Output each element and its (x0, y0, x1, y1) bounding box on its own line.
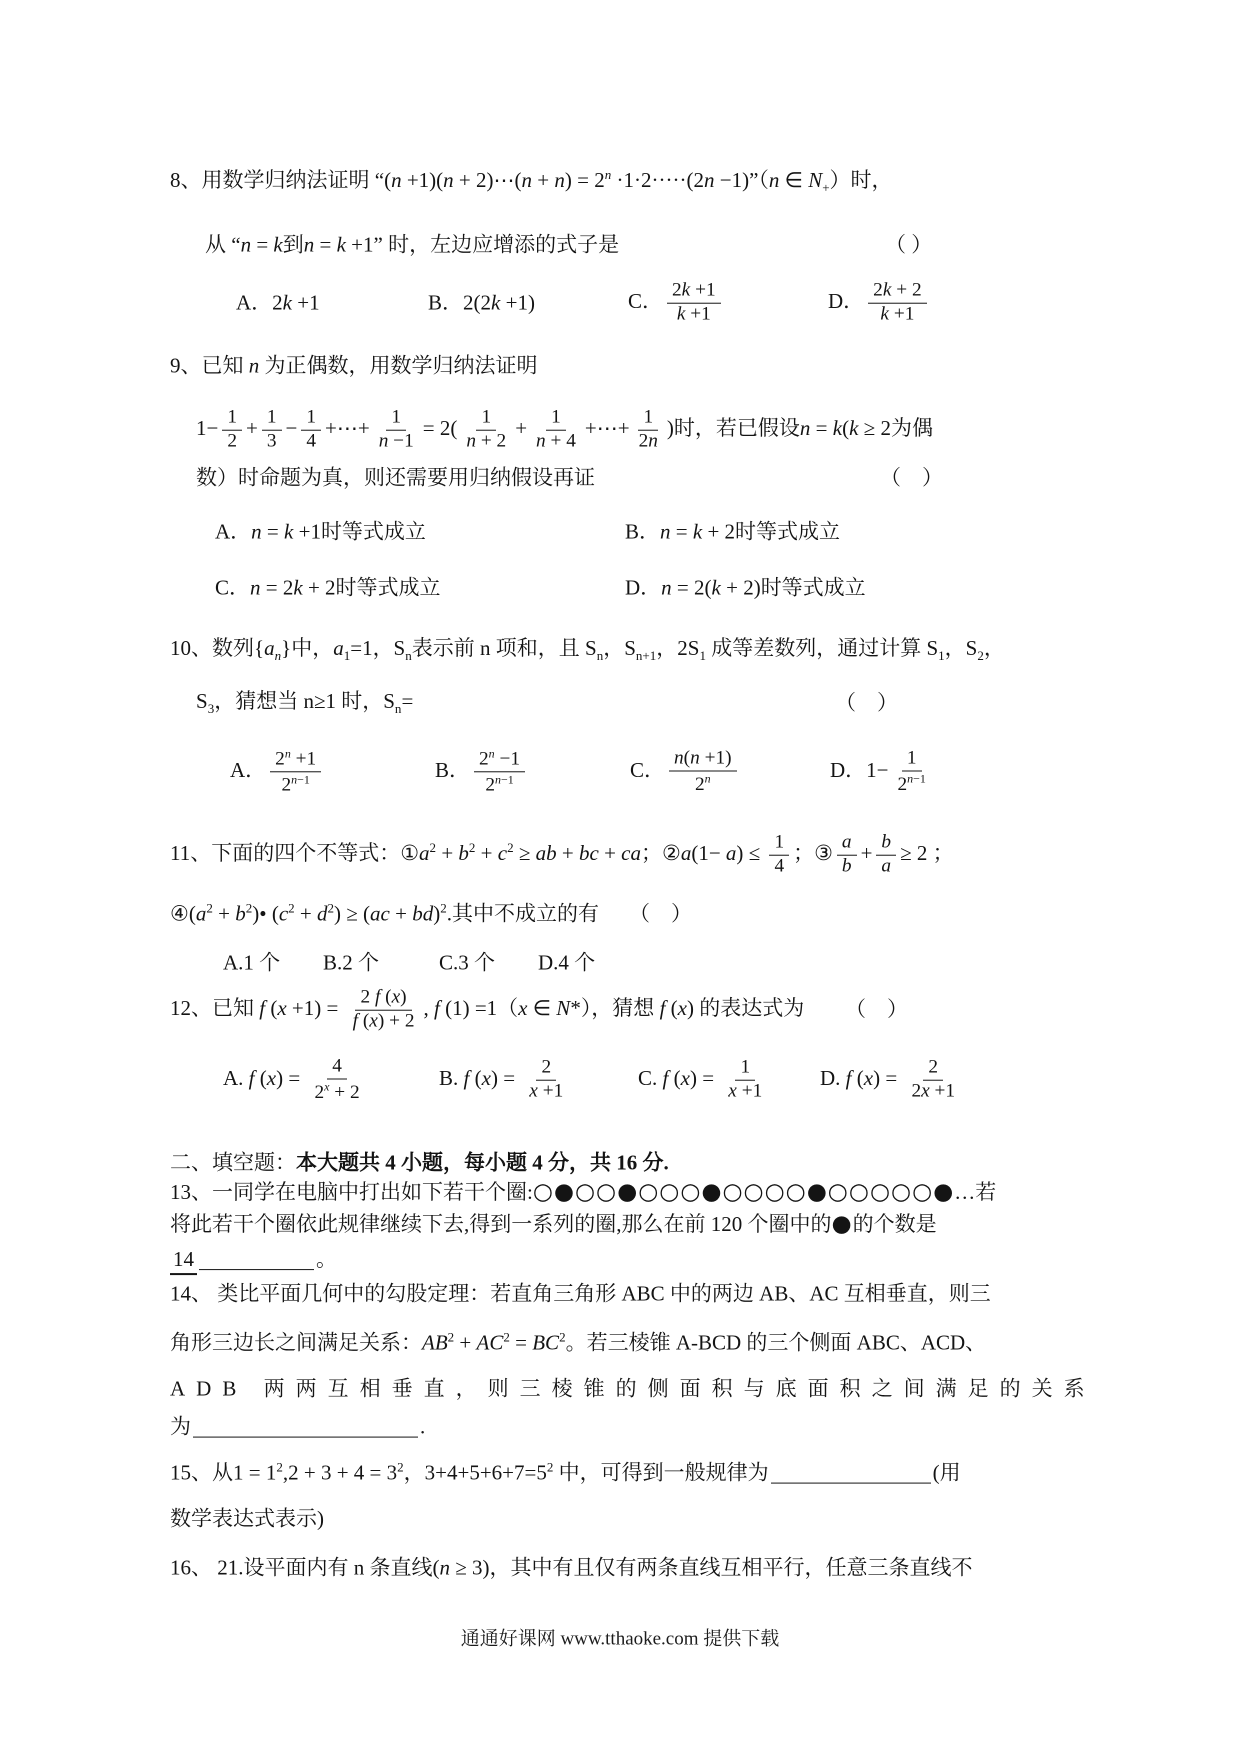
text-segment: 10、数列 (170, 636, 254, 660)
math-segment: = BC (510, 1330, 559, 1354)
text-segment: 中，可得到一般规律为 (553, 1460, 768, 1484)
text-run: （ ） (885, 231, 932, 258)
math-segment: 2k + 2 (873, 280, 921, 301)
math-segment: f (x) = (840, 1066, 902, 1090)
text-segment: C.3 个 (439, 950, 495, 974)
footer-text: 通通好课网 www.tthaoke.com 提供下载 (461, 1629, 780, 1650)
fraction-numerator: b (876, 832, 896, 856)
text-segment: 13、一同学在电脑中打出如下若干个圈: (170, 1180, 533, 1204)
math-segment: n (705, 771, 711, 785)
math-segment: + b (436, 841, 469, 865)
text-run: 8、用数学归纳法证明 “(n +1)(n + 2)⋯(n + n) = 2n ·… (170, 167, 893, 197)
text-run: C．n = 2k + 2时等式成立 (215, 574, 441, 601)
math-segment: 1 (267, 407, 277, 428)
fraction-denominator: 4 (769, 856, 789, 879)
fraction: ba (876, 832, 896, 879)
fraction-denominator: 2n−1 (480, 773, 518, 798)
text-segment: ， (984, 636, 1005, 660)
math-segment: , f (1) =1 (423, 996, 497, 1020)
text-segment: D． (828, 289, 864, 313)
math-segment: n = k + 2 (660, 519, 735, 543)
text-segment: ，3+4+5+6+7=5 (404, 1460, 547, 1484)
text-run: 1−12+13−14+⋯+1n −1= 2(1n + 2+1n + 4+⋯+12… (196, 407, 933, 454)
fraction-denominator: k +1 (672, 304, 716, 327)
text-segment: （ ） (885, 232, 932, 256)
math-segment: )• (c (252, 901, 288, 925)
fraction-denominator: n + 4 (531, 431, 581, 454)
fraction-denominator: x +1 (524, 1081, 568, 1104)
text-segment: 时等式成立 (735, 519, 840, 543)
text-segment: 从 “ (205, 232, 241, 256)
text-segment: ）时， (830, 168, 893, 192)
fraction-numerator: 1 (546, 407, 566, 431)
text-run: A．2n +12n−1 (230, 746, 325, 797)
math-segment: f (x) = (458, 1066, 520, 1090)
math-segment: n ∈ N (769, 168, 822, 192)
answer-blank (771, 1459, 931, 1483)
fraction-denominator: 4 (301, 431, 321, 454)
math-segment: 2 (275, 749, 285, 770)
math-segment: n (249, 353, 260, 377)
math-segment: 1− (196, 416, 218, 440)
math-segment: a (333, 636, 344, 660)
math-segment: n −1 (379, 431, 414, 452)
text-segment: 15、从 (170, 1460, 233, 1484)
math-segment: ≥ ab + bc + ca (514, 841, 641, 865)
exam-page: 8、用数学归纳法证明 “(n +1)(n + 2)⋯(n + n) = 2n ·… (0, 0, 1240, 1754)
text-segment: C. (638, 1066, 657, 1090)
text-run: 11、下面的四个不等式：①a2 + b2 + c2 ≥ ab + bc + ca… (170, 832, 954, 879)
math-segment: ,2 + 3 + 4 = 3 (283, 1460, 397, 1484)
math-segment: n = k +1 (251, 519, 321, 543)
text-segment: ，猜想当 n≥1 时，S (214, 689, 395, 713)
text-run: C.3 个 (439, 949, 495, 976)
math-segment: n = k +1 (304, 232, 374, 256)
text-segment: 9、已知 (170, 353, 249, 377)
math-segment: ) ≥ (ac + bd) (334, 901, 440, 925)
q14-line-3: ADB 两两互相垂直，则三棱锥的侧面积与底面积之间满足的关系 (170, 1374, 1090, 1403)
math-segment: + (515, 416, 527, 440)
text-segment: 中， (291, 636, 333, 660)
fraction-numerator: n(n +1) (669, 748, 737, 772)
math-segment: 1 (391, 407, 401, 428)
text-segment: 成等差数列，通过计算 S (706, 636, 938, 660)
text-run: 16、 21.设平面内有 n 条直线(n ≥ 3)，其中有且仅有两条直线互相平行… (170, 1554, 973, 1581)
math-segment: + c (475, 841, 507, 865)
math-segment: n−1 (291, 773, 310, 787)
q13-answer: 14。 (170, 1245, 1090, 1275)
fraction-denominator: n −1 (374, 431, 419, 454)
fraction-numerator: 1 (476, 407, 496, 431)
fraction-denominator: n + 2 (461, 431, 511, 454)
text-segment: 为 (170, 1414, 191, 1438)
math-segment: 2 (282, 775, 292, 796)
text-run: 12、已知 f (x +1) = 2 f (x)f (x) + 2, f (1)… (170, 987, 804, 1034)
fraction-denominator: 2x + 2 (309, 1079, 364, 1104)
fraction-numerator: 1 (902, 748, 922, 772)
text-segment: …若 (954, 1180, 996, 1204)
math-segment: 4 (774, 856, 784, 877)
fraction: 12n−1 (893, 748, 931, 797)
text-run: A．2k +1 (236, 289, 320, 316)
fraction-denominator: 2x +1 (906, 1081, 960, 1104)
text-segment: 。 (316, 1247, 337, 1271)
math-segment: +1 (291, 749, 316, 770)
text-run: D. f (x) = 22x +1 (820, 1057, 964, 1104)
fraction-numerator: 2 f (x) (355, 987, 411, 1011)
math-segment: 2 (898, 774, 908, 795)
fraction-denominator: 2n (634, 431, 663, 454)
fraction-numerator: 1 (301, 407, 321, 431)
math-segment: 4 (332, 1056, 342, 1077)
text-segment: D． (625, 575, 661, 599)
fraction-numerator: 1 (386, 407, 406, 431)
math-segment: + (822, 180, 829, 195)
q14-line-2: 角形三边长之间满足关系：AB2 + AC2 = BC2。若三棱锥 A-BCD 的… (170, 1328, 1090, 1357)
text-run: B．2n −12n−1 (435, 746, 529, 797)
math-segment: 2(2k +1) (463, 290, 535, 314)
math-segment: a (842, 832, 852, 853)
math-segment: 2n (639, 431, 658, 452)
text-run: 将此若干个圈依此规律继续下去,得到一系列的圈,那么在前 120 个圈中的●的个数… (170, 1210, 937, 1240)
text-segment: 为偶 (891, 416, 933, 440)
superscript: n (705, 771, 711, 785)
text-segment: 时等式成立 (761, 575, 866, 599)
text-run: （ ） (845, 996, 908, 1023)
q11-line-1: 11、下面的四个不等式：①a2 + b2 + c2 ≥ ab + bc + ca… (170, 832, 1090, 879)
text-run: （ ） (880, 464, 943, 491)
fraction-numerator: 2 (536, 1057, 556, 1081)
math-segment: 1 (481, 407, 491, 428)
fraction: 13 (262, 407, 282, 454)
math-segment: + (246, 416, 258, 440)
text-segment: n+1 (636, 648, 656, 663)
fraction-denominator: 2 (222, 431, 242, 454)
math-segment: k +1 (677, 304, 711, 325)
text-run: C．2k +1k +1 (628, 280, 725, 327)
fraction-denominator: 3 (262, 431, 282, 454)
answer-blank (199, 1246, 314, 1270)
text-run: 从 “n = k到n = k +1” 时，左边应增添的式子是 (205, 231, 619, 258)
math-segment: n−1 (907, 771, 926, 785)
text-run: （ ） (835, 689, 898, 716)
math-segment: a (419, 841, 430, 865)
math-segment: +⋯+ (585, 416, 630, 440)
text-run: 10、数列{an}中，a1=1，Sn表示前 n 项和，且 Sn，Sn+1，2S1… (170, 635, 1005, 665)
text-segment: = (401, 689, 413, 713)
text-run: 为. (170, 1413, 425, 1440)
math-segment: ·1·2·····(2n −1) (611, 168, 749, 192)
math-segment: 1 (774, 832, 784, 853)
fraction-denominator: 2n−1 (893, 771, 931, 796)
math-segment: 1 (551, 407, 561, 428)
fraction: 1n + 2 (461, 407, 511, 454)
math-segment: (a (189, 901, 207, 925)
subscript: + (822, 180, 829, 195)
fraction: n(n +1)2n (669, 748, 737, 797)
math-segment: 1 (740, 1057, 750, 1078)
math-segment: x +1 (728, 1081, 762, 1102)
math-segment: 1 (643, 407, 653, 428)
superscript: n−1 (495, 773, 514, 787)
text-run: B. f (x) = 2x +1 (439, 1057, 572, 1104)
text-segment: C． (215, 575, 250, 599)
fraction: 12n (634, 407, 663, 454)
text-segment: A. (223, 1066, 243, 1090)
text-run: 14、 类比平面几何中的勾股定理：若直角三角形 ABC 中的两边 AB、AC 互… (170, 1280, 991, 1307)
text-segment: 时等式成立 (336, 575, 441, 599)
fraction-numerator: 1 (262, 407, 282, 431)
text-run: ADB 两两互相垂直，则三棱锥的侧面积与底面积之间满足的关系 (170, 1375, 1096, 1402)
text-segment: 。若三棱锥 A-BCD 的三个侧面 ABC、ACD、 (566, 1330, 987, 1354)
text-segment: 的表达式为 (699, 996, 804, 1020)
fraction-numerator: 1 (735, 1057, 755, 1081)
text-segment: 时等式成立 (321, 519, 426, 543)
text-run: 数学表达式表示) (170, 1505, 324, 1532)
q15-line-1: 15、从1 = 12,2 + 3 + 4 = 32，3+4+5+6+7=52 中… (170, 1458, 1090, 1487)
text-segment: . (420, 1414, 425, 1438)
math-segment: = 2( (423, 416, 458, 440)
text-run: A.1 个 (223, 949, 280, 976)
math-segment: 1 (907, 748, 917, 769)
text-run: B．2(2k +1) (428, 289, 535, 316)
text-run: 15、从1 = 12,2 + 3 + 4 = 32，3+4+5+6+7=52 中… (170, 1459, 961, 1486)
math-segment: 1 (306, 407, 316, 428)
math-segment: AB (422, 1330, 448, 1354)
text-segment: （ (497, 996, 518, 1020)
text-segment: ”（ (749, 168, 769, 192)
math-segment: 2 (479, 749, 489, 770)
math-segment: =1 (350, 636, 372, 660)
fraction-denominator: a (876, 856, 896, 879)
text-run: B．n = k + 2时等式成立 (625, 518, 840, 545)
fraction-numerator: 1 (222, 407, 242, 431)
answer-text: 14 (170, 1246, 197, 1275)
q14-answer: 为. (170, 1412, 1090, 1441)
math-segment: 2 (485, 775, 495, 796)
fraction: 1x +1 (723, 1057, 767, 1104)
text-segment: .其中不成立的有 (447, 901, 599, 925)
q13-line-2: 将此若干个圈依此规律继续下去,得到一系列的圈,那么在前 120 个圈中的●的个数… (170, 1210, 1090, 1240)
math-segment: 4 (306, 431, 316, 452)
circle-sequence: ● (832, 1211, 853, 1237)
math-segment: k +1 (880, 304, 914, 325)
fraction: 2n +12n−1 (270, 746, 321, 797)
text-segment: 二、填空题： (170, 1150, 296, 1174)
math-segment: 3 (267, 431, 277, 452)
text-run: 13、一同学在电脑中打出如下若干个圈:○●○○●○○○●○○○○●○○○○○●…… (170, 1178, 996, 1208)
text-segment: ，S (373, 636, 406, 660)
q12-line-1: 12、已知 f (x +1) = 2 f (x)f (x) + 2, f (1)… (170, 987, 1090, 1034)
fraction: 14 (769, 832, 789, 879)
text-segment: （ ） (835, 690, 898, 714)
math-segment: + (861, 841, 873, 865)
math-segment: } (281, 636, 291, 660)
q16-line-1: 16、 21.设平面内有 n 条直线(n ≥ 3)，其中有且仅有两条直线互相平行… (170, 1553, 1090, 1582)
text-segment: 16、 21.设平面内有 n 条直线 (170, 1555, 433, 1579)
q11-line-2: ④(a2 + b2)• (c2 + d2) ≥ (ac + bd)2.其中不成立… (170, 899, 1090, 928)
fraction-denominator: 2n (690, 771, 716, 796)
text-segment: A． (236, 290, 272, 314)
math-segment: x +1 (529, 1081, 563, 1102)
fraction: 1n −1 (374, 407, 419, 454)
fraction-denominator: b (837, 856, 857, 879)
text-segment: C． (630, 758, 665, 782)
superscript: n−1 (907, 771, 926, 785)
text-run: 数）时命题为真，则还需要用归纳假设再证 (196, 464, 595, 491)
text-segment: 时，若已假设 (674, 416, 800, 440)
math-segment: a(1− a) ≤ (681, 841, 766, 865)
q15-line-2: 数学表达式表示) (170, 1504, 1090, 1533)
text-segment: 数学表达式表示) (170, 1506, 324, 1530)
text-segment: B． (428, 290, 463, 314)
math-segment: ≥ 2 (900, 841, 927, 865)
fraction-denominator: x +1 (723, 1081, 767, 1104)
text-segment: 将此若干个圈依此规律继续下去,得到一系列的圈,那么在前 120 个圈中的 (170, 1212, 832, 1236)
math-segment: n = k(k ≥ 2 (800, 416, 891, 440)
fraction: 2k +1k +1 (667, 280, 721, 327)
text-segment: B. (439, 1066, 458, 1090)
fraction: 14 (301, 407, 321, 454)
math-segment: 1− (866, 758, 888, 782)
exam-content: 8、用数学归纳法证明 “(n +1)(n + 2)⋯(n + n) = 2n ·… (170, 0, 1090, 1754)
q8-line-1: 8、用数学归纳法证明 “(n +1)(n + 2)⋯(n + n) = 2n ·… (170, 167, 1090, 197)
math-segment: f (x +1) = (254, 996, 344, 1020)
math-segment: {a (254, 636, 275, 660)
math-segment: n(n +1) (674, 748, 732, 769)
text-segment: 14、 类比平面几何中的勾股定理：若直角三角形 ABC 中的两边 AB、AC 互… (170, 1281, 991, 1305)
math-segment: n−1 (495, 773, 514, 787)
math-segment: x ∈ N* (518, 996, 581, 1020)
text-segment: ，S (603, 636, 636, 660)
fraction: 42x + 2 (309, 1056, 364, 1105)
fraction-numerator: 2 (923, 1057, 943, 1081)
page-footer: 通通好课网 www.tthaoke.com 提供下载 (0, 1624, 1240, 1651)
bold-text: 本大题共 4 小题，每小题 4 分，共 16 分. (296, 1150, 669, 1174)
subscript: n+1 (636, 648, 656, 663)
fraction-numerator: 1 (638, 407, 658, 431)
superscript: n−1 (291, 773, 310, 787)
text-segment: D． (830, 758, 866, 782)
fraction-numerator: 2n +1 (270, 746, 321, 772)
math-segment: 2 (928, 1057, 938, 1078)
math-segment: 2 (314, 1082, 324, 1103)
math-segment: n + 2 (466, 431, 506, 452)
q14-line-1: 14、 类比平面几何中的勾股定理：若直角三角形 ABC 中的两边 AB、AC 互… (170, 1279, 1090, 1308)
text-segment: (用 (933, 1460, 961, 1484)
q10-line-1: 10、数列{an}中，a1=1，Sn表示前 n 项和，且 Sn，Sn+1，2S1… (170, 635, 1090, 665)
text-segment: S (196, 689, 208, 713)
text-segment: 为正偶数，用数学归纳法证明 (259, 353, 537, 377)
text-segment: D. (820, 1066, 840, 1090)
text-run: C．n(n +1)2n (630, 748, 741, 797)
fraction-denominator: k +1 (875, 304, 919, 327)
math-segment: + d (295, 901, 328, 925)
text-segment: ” 时，左边应增添的式子是 (374, 232, 620, 256)
text-segment: B． (625, 519, 660, 543)
text-run: ④(a2 + b2)• (c2 + d2) ≥ (ac + bd)2.其中不成立… (170, 900, 692, 927)
math-segment: (n ≥ 3) (433, 1555, 490, 1579)
text-segment: C． (628, 289, 663, 313)
text-run: 二、填空题：本大题共 4 小题，每小题 4 分，共 16 分. (170, 1149, 669, 1176)
math-segment: 2k +1 (672, 280, 716, 301)
math-segment: ) (667, 416, 674, 440)
math-segment: a (881, 856, 891, 877)
text-run: 14。 (170, 1246, 337, 1275)
text-run: D．n = 2(k + 2)时等式成立 (625, 574, 866, 601)
text-segment: ④ (170, 901, 189, 925)
text-segment: 11、下面的四个不等式：① (170, 841, 419, 865)
text-segment: （ ） (845, 997, 908, 1021)
fraction-numerator: 2k +1 (667, 280, 721, 304)
math-segment: −1 (495, 749, 520, 770)
circle-sequence: ○●○○●○○○●○○○○●○○○○○● (533, 1179, 954, 1205)
text-segment: ，2S (656, 636, 699, 660)
fraction: 1n + 4 (531, 407, 581, 454)
fraction: 2n −12n−1 (474, 746, 525, 797)
math-segment: n = 2(k + 2) (661, 575, 761, 599)
math-segment: f (x) (654, 996, 699, 1020)
fraction-denominator: f (x) + 2 (348, 1011, 420, 1034)
math-segment: 2 (227, 431, 237, 452)
math-segment: 2 (541, 1057, 551, 1078)
text-segment: 表示前 n 项和，且 S (412, 636, 597, 660)
math-segment: n = k (241, 232, 283, 256)
text-segment: A． (230, 758, 266, 782)
text-segment: ，S (945, 636, 978, 660)
text-segment: ，其中有且仅有两条直线互相平行，任意三条直线不 (490, 1555, 973, 1579)
q13-line-1: 13、一同学在电脑中打出如下若干个圈:○●○○●○○○●○○○○●○○○○○●…… (170, 1178, 1090, 1208)
text-segment: 12、已知 (170, 996, 254, 1020)
math-segment: n = 2k + 2 (250, 575, 336, 599)
fraction-numerator: 2n −1 (474, 746, 525, 772)
math-segment: + 2 (329, 1082, 359, 1103)
text-run: D．1−12n−1 (830, 748, 935, 797)
text-segment: A.1 个 (223, 950, 280, 974)
math-segment: (n +1)(n + 2)⋯(n + n) = 2 (384, 168, 605, 192)
text-run: A．n = k +1时等式成立 (215, 518, 426, 545)
text-segment: B． (435, 758, 470, 782)
math-segment: 2x +1 (911, 1081, 955, 1102)
text-run: 角形三边长之间满足关系：AB2 + AC2 = BC2。若三棱锥 A-BCD 的… (170, 1329, 986, 1356)
text-run: S3，猜想当 n≥1 时，Sn= (196, 688, 413, 718)
math-segment: f (x) = (657, 1066, 719, 1090)
text-segment: ADB 两两互相垂直，则三棱锥的侧面积与底面积之间满足的关系 (170, 1376, 1096, 1400)
fraction-numerator: 2k + 2 (868, 280, 926, 304)
math-segment: + AC (454, 1330, 503, 1354)
text-segment: ），猜想 (581, 996, 655, 1020)
math-segment: f (x) + 2 (353, 1011, 415, 1032)
text-segment: ； (927, 841, 953, 865)
math-segment: b (842, 856, 852, 877)
text-segment: 数）时命题为真，则还需要用归纳假设再证 (196, 465, 595, 489)
math-segment: 2k +1 (272, 290, 319, 314)
text-segment: D.4 个 (538, 950, 595, 974)
math-segment: n + 4 (536, 431, 576, 452)
text-run: D．2k + 2k +1 (828, 280, 931, 327)
math-segment: 2 (695, 774, 705, 795)
fraction: 22x +1 (906, 1057, 960, 1104)
fraction-numerator: 4 (327, 1056, 347, 1080)
math-segment: 1 (227, 407, 237, 428)
section-2-title: 二、填空题：本大题共 4 小题，每小题 4 分，共 16 分. (170, 1148, 1090, 1177)
text-run: D.4 个 (538, 949, 595, 976)
text-run: B.2 个 (323, 949, 379, 976)
text-segment: 的个数是 (853, 1212, 937, 1236)
text-run: C. f (x) = 1x +1 (638, 1057, 771, 1104)
text-segment: 到 (283, 232, 304, 256)
fraction: 2 f (x)f (x) + 2 (348, 987, 420, 1034)
